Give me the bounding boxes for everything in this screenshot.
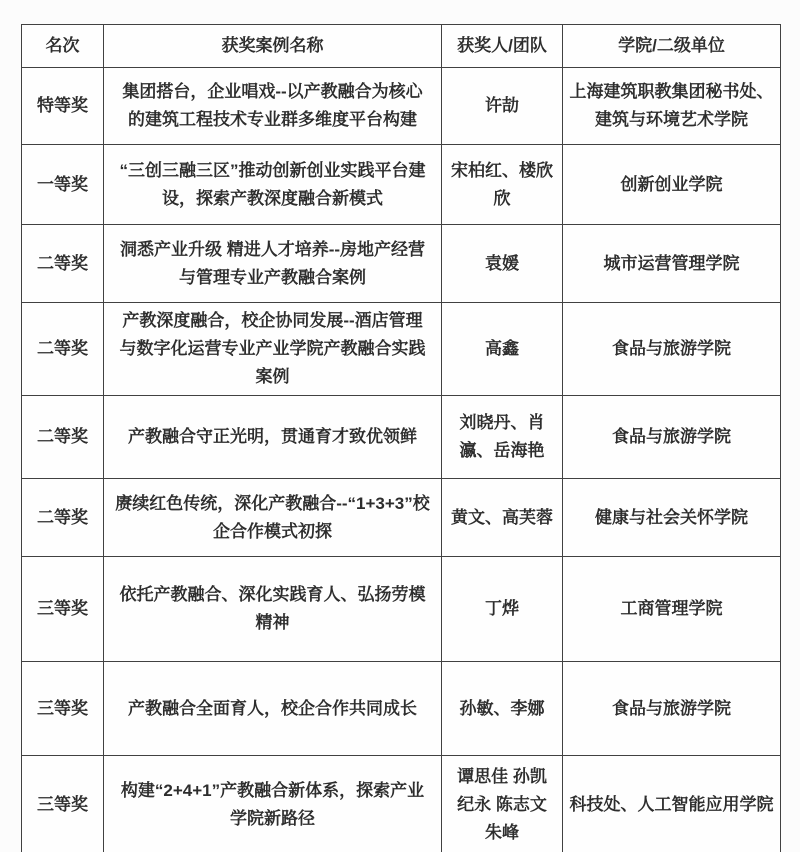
cell-college: 工商管理学院 [563, 557, 781, 662]
header-college-unit: 学院/二级单位 [563, 25, 781, 68]
cell-rank: 特等奖 [22, 68, 104, 145]
cell-winner: 许劼 [442, 68, 563, 145]
page: 名次 获奖案例名称 获奖人/团队 学院/二级单位 特等奖 集团搭台，企业唱戏--… [0, 0, 800, 852]
cell-college: 食品与旅游学院 [563, 303, 781, 396]
cell-rank: 一等奖 [22, 145, 104, 225]
cell-winner: 谭思佳 孙凯 纪永 陈志文 朱峰 [442, 756, 563, 852]
table-row: 三等奖 构建“2+4+1”产教融合新体系，探索产业学院新路径 谭思佳 孙凯 纪永… [22, 756, 781, 852]
header-winner-team: 获奖人/团队 [442, 25, 563, 68]
cell-rank: 二等奖 [22, 396, 104, 479]
cell-winner: 刘晓丹、肖瀛、岳海艳 [442, 396, 563, 479]
cell-case-name: 依托产教融合、深化实践育人、弘扬劳模精神 [104, 557, 442, 662]
cell-rank: 二等奖 [22, 303, 104, 396]
cell-college: 科技处、人工智能应用学院 [563, 756, 781, 852]
cell-winner: 宋柏红、楼欣欣 [442, 145, 563, 225]
cell-winner: 孙敏、李娜 [442, 662, 563, 756]
header-case-name: 获奖案例名称 [104, 25, 442, 68]
cell-rank: 三等奖 [22, 557, 104, 662]
cell-rank: 三等奖 [22, 662, 104, 756]
cell-case-name: “三创三融三区”推动创新创业实践平台建设，探索产教深度融合新模式 [104, 145, 442, 225]
cell-college: 食品与旅游学院 [563, 662, 781, 756]
awards-table: 名次 获奖案例名称 获奖人/团队 学院/二级单位 特等奖 集团搭台，企业唱戏--… [21, 24, 781, 852]
header-rank: 名次 [22, 25, 104, 68]
cell-winner: 高鑫 [442, 303, 563, 396]
cell-college: 上海建筑职教集团秘书处、建筑与环境艺术学院 [563, 68, 781, 145]
cell-college: 健康与社会关怀学院 [563, 479, 781, 557]
cell-case-name: 洞悉产业升级 精进人才培养--房地产经营与管理专业产教融合案例 [104, 225, 442, 303]
cell-college: 创新创业学院 [563, 145, 781, 225]
table-row: 二等奖 产教深度融合，校企协同发展--酒店管理与数字化运营专业产业学院产教融合实… [22, 303, 781, 396]
table-row: 二等奖 赓续红色传统，深化产教融合--“1+3+3”校企合作模式初探 黄文、高芙… [22, 479, 781, 557]
cell-case-name: 集团搭台，企业唱戏--以产教融合为核心的建筑工程技术专业群多维度平台构建 [104, 68, 442, 145]
cell-case-name: 赓续红色传统，深化产教融合--“1+3+3”校企合作模式初探 [104, 479, 442, 557]
table-row: 三等奖 产教融合全面育人，校企合作共同成长 孙敏、李娜 食品与旅游学院 [22, 662, 781, 756]
cell-case-name: 产教融合守正光明，贯通育才致优领鲜 [104, 396, 442, 479]
cell-winner: 丁烨 [442, 557, 563, 662]
table-row: 三等奖 依托产教融合、深化实践育人、弘扬劳模精神 丁烨 工商管理学院 [22, 557, 781, 662]
cell-winner: 袁媛 [442, 225, 563, 303]
table-row: 一等奖 “三创三融三区”推动创新创业实践平台建设，探索产教深度融合新模式 宋柏红… [22, 145, 781, 225]
cell-rank: 二等奖 [22, 225, 104, 303]
cell-case-name: 产教融合全面育人，校企合作共同成长 [104, 662, 442, 756]
cell-college: 城市运营管理学院 [563, 225, 781, 303]
cell-case-name: 构建“2+4+1”产教融合新体系，探索产业学院新路径 [104, 756, 442, 852]
cell-rank: 二等奖 [22, 479, 104, 557]
table-row: 特等奖 集团搭台，企业唱戏--以产教融合为核心的建筑工程技术专业群多维度平台构建… [22, 68, 781, 145]
cell-rank: 三等奖 [22, 756, 104, 852]
table-row: 二等奖 洞悉产业升级 精进人才培养--房地产经营与管理专业产教融合案例 袁媛 城… [22, 225, 781, 303]
cell-case-name: 产教深度融合，校企协同发展--酒店管理与数字化运营专业产业学院产教融合实践案例 [104, 303, 442, 396]
cell-college: 食品与旅游学院 [563, 396, 781, 479]
table-row: 二等奖 产教融合守正光明，贯通育才致优领鲜 刘晓丹、肖瀛、岳海艳 食品与旅游学院 [22, 396, 781, 479]
cell-winner: 黄文、高芙蓉 [442, 479, 563, 557]
header-row: 名次 获奖案例名称 获奖人/团队 学院/二级单位 [22, 25, 781, 68]
